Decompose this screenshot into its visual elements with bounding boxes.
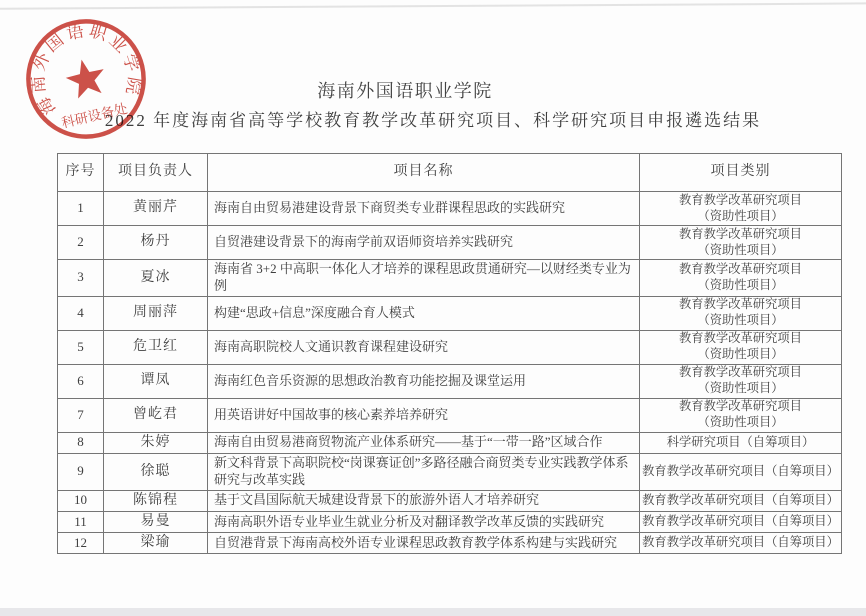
row-number-cell: 7: [58, 398, 104, 432]
project-leader-cell: 杨丹: [104, 226, 208, 260]
project-category-cell: 教育教学改革研究项目（自筹项目）: [640, 490, 842, 511]
results-table: 序号 项目负责人 项目名称 项目类别 1黄丽芹海南自由贸易港建设背景下商贸类专业…: [57, 153, 842, 554]
table-row: 5危卫红海南高职院校人文通识教育课程建设研究教育教学改革研究项目 （资助性项目）: [58, 330, 842, 364]
project-category-cell: 教育教学改革研究项目 （资助性项目）: [640, 364, 842, 398]
header-seq: 序号: [58, 154, 104, 192]
project-leader-cell: 黄丽芹: [104, 192, 208, 226]
row-number-cell: 3: [58, 260, 104, 297]
project-category-cell: 教育教学改革研究项目（自筹项目）: [640, 533, 842, 554]
project-category-cell: 教育教学改革研究项目 （资助性项目）: [640, 330, 842, 364]
scanned-document-page: 海南外国语职业学院 2022 年度海南省高等学校教育教学改革研究项目、科学研究项…: [0, 0, 866, 616]
table-row: 1黄丽芹海南自由贸易港建设背景下商贸类专业群课程思政的实践研究教育教学改革研究项…: [58, 192, 842, 226]
project-category-cell: 科学研究项目（自筹项目）: [640, 432, 842, 453]
project-category-cell: 教育教学改革研究项目 （资助性项目）: [640, 296, 842, 330]
project-name-cell: 海南红色音乐资源的思想政治教育功能挖掘及课堂运用: [208, 364, 640, 398]
project-name-cell: 自贸港建设背景下的海南学前双语师资培养实践研究: [208, 226, 640, 260]
header-leader: 项目负责人: [104, 154, 208, 192]
row-number-cell: 9: [58, 453, 104, 490]
table-row: 3夏冰海南省 3+2 中高职一体化人才培养的课程思政贯通研究—以财经类专业为例教…: [58, 260, 842, 297]
scan-edge-top: [0, 2, 866, 10]
project-name-cell: 新文科背景下高职院校“岗课赛证创”多路径融合商贸类专业实践教学体系研究与改革实践: [208, 453, 640, 490]
project-leader-cell: 谭凤: [104, 364, 208, 398]
project-leader-cell: 曾屹君: [104, 398, 208, 432]
project-leader-cell: 朱婷: [104, 432, 208, 453]
project-name-cell: 海南高职外语专业毕业生就业分析及对翻译教学改革反馈的实践研究: [208, 511, 640, 532]
project-leader-cell: 陈锦程: [104, 490, 208, 511]
official-seal-stamp: 海南外国语职业学院 科研设备处: [22, 13, 150, 145]
table-row: 12梁瑜自贸港背景下海南高校外语专业课程思政教育教学体系构建与实践研究教育教学改…: [58, 533, 842, 554]
row-number-cell: 8: [58, 432, 104, 453]
row-number-cell: 5: [58, 330, 104, 364]
project-leader-cell: 周丽萍: [104, 296, 208, 330]
project-name-cell: 海南自由贸易港建设背景下商贸类专业群课程思政的实践研究: [208, 192, 640, 226]
row-number-cell: 12: [58, 533, 104, 554]
table-row: 6谭凤海南红色音乐资源的思想政治教育功能挖掘及课堂运用教育教学改革研究项目 （资…: [58, 364, 842, 398]
row-number-cell: 10: [58, 490, 104, 511]
project-name-cell: 构建“思政+信息”深度融合育人模式: [208, 296, 640, 330]
project-name-cell: 基于文昌国际航天城建设背景下的旅游外语人才培养研究: [208, 490, 640, 511]
project-name-cell: 自贸港背景下海南高校外语专业课程思政教育教学体系构建与实践研究: [208, 533, 640, 554]
table-row: 8朱婷海南自由贸易港商贸物流产业体系研究——基于“一带一路”区域合作科学研究项目…: [58, 432, 842, 453]
project-name-cell: 海南省 3+2 中高职一体化人才培养的课程思政贯通研究—以财经类专业为例: [208, 260, 640, 297]
project-category-cell: 教育教学改革研究项目 （资助性项目）: [640, 192, 842, 226]
table-header-row: 序号 项目负责人 项目名称 项目类别: [58, 154, 842, 192]
table-row: 7曾屹君用英语讲好中国故事的核心素养培养研究教育教学改革研究项目 （资助性项目）: [58, 398, 842, 432]
project-category-cell: 教育教学改革研究项目 （资助性项目）: [640, 260, 842, 297]
table-row: 9徐聪新文科背景下高职院校“岗课赛证创”多路径融合商贸类专业实践教学体系研究与改…: [58, 453, 842, 490]
project-leader-cell: 徐聪: [104, 453, 208, 490]
seal-star-icon: [63, 55, 109, 100]
scan-edge-bottom: [0, 608, 866, 616]
table-row: 11易曼海南高职外语专业毕业生就业分析及对翻译教学改革反馈的实践研究教育教学改革…: [58, 511, 842, 532]
project-leader-cell: 夏冰: [104, 260, 208, 297]
project-category-cell: 教育教学改革研究项目 （资助性项目）: [640, 226, 842, 260]
row-number-cell: 6: [58, 364, 104, 398]
results-table-body: 1黄丽芹海南自由贸易港建设背景下商贸类专业群课程思政的实践研究教育教学改革研究项…: [58, 192, 842, 554]
project-category-cell: 教育教学改革研究项目 （资助性项目）: [640, 398, 842, 432]
project-category-cell: 教育教学改革研究项目（自筹项目）: [640, 511, 842, 532]
project-name-cell: 海南高职院校人文通识教育课程建设研究: [208, 330, 640, 364]
header-project-name: 项目名称: [208, 154, 640, 192]
table-row: 10陈锦程基于文昌国际航天城建设背景下的旅游外语人才培养研究教育教学改革研究项目…: [58, 490, 842, 511]
row-number-cell: 11: [58, 511, 104, 532]
row-number-cell: 2: [58, 226, 104, 260]
project-leader-cell: 易曼: [104, 511, 208, 532]
table-row: 2杨丹自贸港建设背景下的海南学前双语师资培养实践研究教育教学改革研究项目 （资助…: [58, 226, 842, 260]
project-name-cell: 海南自由贸易港商贸物流产业体系研究——基于“一带一路”区域合作: [208, 432, 640, 453]
row-number-cell: 1: [58, 192, 104, 226]
project-name-cell: 用英语讲好中国故事的核心素养培养研究: [208, 398, 640, 432]
project-leader-cell: 梁瑜: [104, 533, 208, 554]
header-category: 项目类别: [640, 154, 842, 192]
project-leader-cell: 危卫红: [104, 330, 208, 364]
project-category-cell: 教育教学改革研究项目（自筹项目）: [640, 453, 842, 490]
row-number-cell: 4: [58, 296, 104, 330]
table-row: 4周丽萍构建“思政+信息”深度融合育人模式教育教学改革研究项目 （资助性项目）: [58, 296, 842, 330]
